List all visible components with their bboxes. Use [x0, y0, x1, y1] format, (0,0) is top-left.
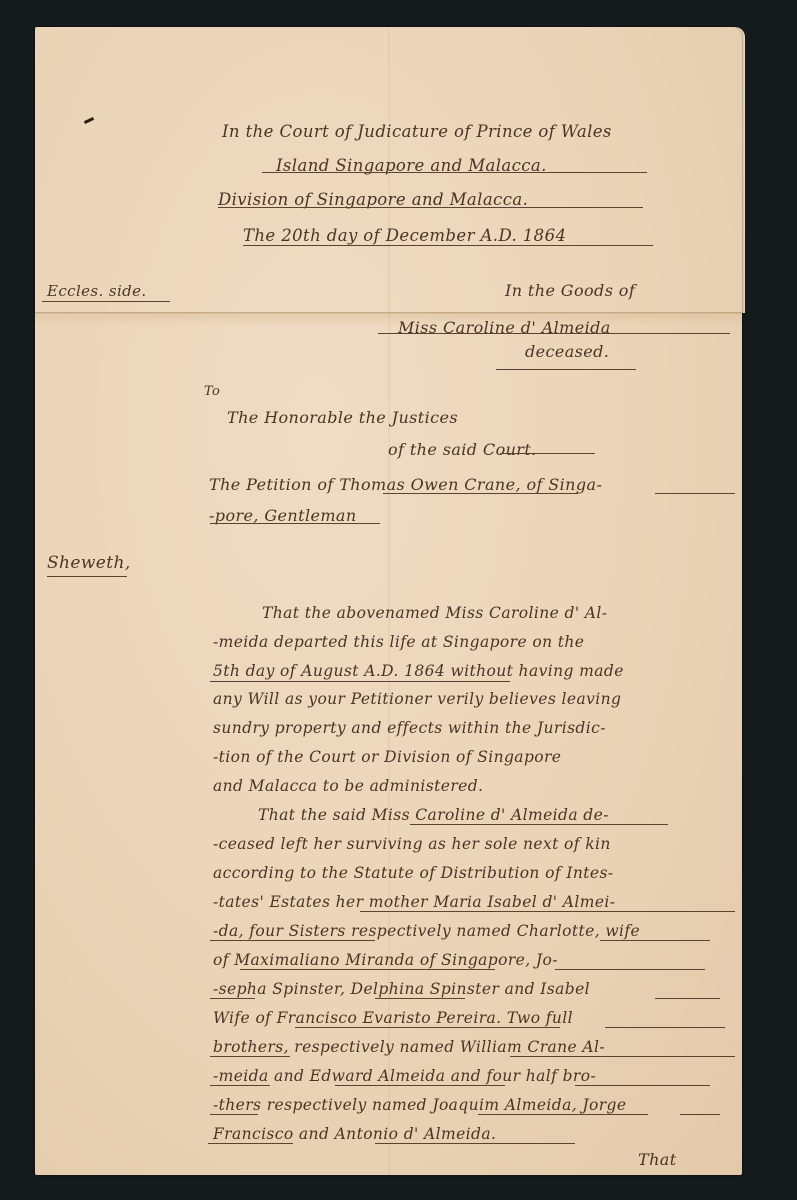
underline-rule	[42, 301, 170, 302]
underline-rule	[210, 1114, 258, 1115]
address-line-3: The Petition of Thomas Owen Crane, of Si…	[209, 475, 602, 494]
underline-rule	[410, 824, 668, 825]
date-line: The 20th day of December A.D. 1864	[243, 226, 566, 245]
body-line: 5th day of August A.D. 1864 without havi…	[213, 662, 740, 680]
underline-rule	[47, 576, 127, 577]
underline-rule	[295, 1027, 560, 1028]
body-line: -ceased left her surviving as her sole n…	[213, 835, 740, 853]
body-line: of Maximaliano Miranda of Singapore, Jo-	[213, 951, 740, 969]
margin-note: Eccles. side.	[47, 282, 147, 300]
underline-rule	[555, 969, 705, 970]
deceased-name: Miss Caroline d' Almeida	[398, 318, 611, 337]
underline-rule	[478, 1114, 648, 1115]
body-line: -meida departed this life at Singapore o…	[213, 633, 740, 651]
underline-rule	[262, 172, 647, 173]
body-line: -meida and Edward Almeida and four half …	[213, 1067, 740, 1085]
body-line: brothers, respectively named William Cra…	[213, 1038, 740, 1056]
underline-rule	[383, 493, 578, 494]
sheweth-heading: Sheweth,	[47, 553, 131, 573]
in-the-goods-heading: In the Goods of	[505, 281, 635, 300]
underline-rule	[600, 940, 710, 941]
underline-rule	[605, 1027, 725, 1028]
body-line: -thers respectively named Joaquim Almeid…	[213, 1096, 740, 1114]
underline-rule	[210, 1056, 290, 1057]
underline-rule	[500, 453, 595, 454]
underline-rule	[243, 245, 653, 246]
body-line: Francisco and Antonio d' Almeida.	[213, 1125, 740, 1143]
address-line-2: of the said Court.	[388, 440, 537, 459]
underline-rule	[680, 1114, 720, 1115]
body-line: -da, four Sisters respectively named Cha…	[213, 922, 740, 940]
underline-rule	[335, 1085, 505, 1086]
court-title-line-1: In the Court of Judicature of Prince of …	[222, 122, 612, 141]
body-line: That the abovenamed Miss Caroline d' Al-	[262, 604, 789, 622]
body-line: -tion of the Court or Division of Singap…	[213, 748, 740, 766]
body-line: sundry property and effects within the J…	[213, 719, 740, 737]
underline-rule	[378, 333, 730, 334]
underline-rule	[210, 940, 375, 941]
underline-rule	[375, 998, 465, 999]
body-line: Wife of Francisco Evaristo Pereira. Two …	[213, 1009, 740, 1027]
body-line: That the said Miss Caroline d' Almeida d…	[258, 806, 785, 824]
underline-rule	[510, 1056, 735, 1057]
body-line: -sepha Spinster, Delphina Spinster and I…	[213, 980, 740, 998]
underline-rule	[360, 911, 735, 912]
underline-rule	[496, 369, 636, 370]
underline-rule	[375, 1143, 575, 1144]
underline-rule	[655, 493, 735, 494]
underline-rule	[210, 1085, 270, 1086]
underline-rule	[575, 1085, 710, 1086]
catchword: That	[638, 1150, 677, 1169]
body-line: -tates' Estates her mother Maria Isabel …	[213, 893, 740, 911]
underline-rule	[210, 523, 380, 524]
underline-rule	[210, 998, 255, 999]
address-to: To	[204, 384, 220, 399]
body-line: according to the Statute of Distribution…	[213, 864, 740, 882]
address-line-1: The Honorable the Justices	[227, 408, 458, 427]
underline-rule	[240, 969, 495, 970]
underline-rule	[208, 1143, 293, 1144]
underline-rule	[655, 998, 720, 999]
deceased-label: deceased.	[525, 342, 609, 361]
body-line: any Will as your Petitioner verily belie…	[213, 690, 740, 708]
underline-rule	[210, 681, 510, 682]
body-line: and Malacca to be administered.	[213, 777, 740, 795]
underline-rule	[218, 207, 643, 208]
